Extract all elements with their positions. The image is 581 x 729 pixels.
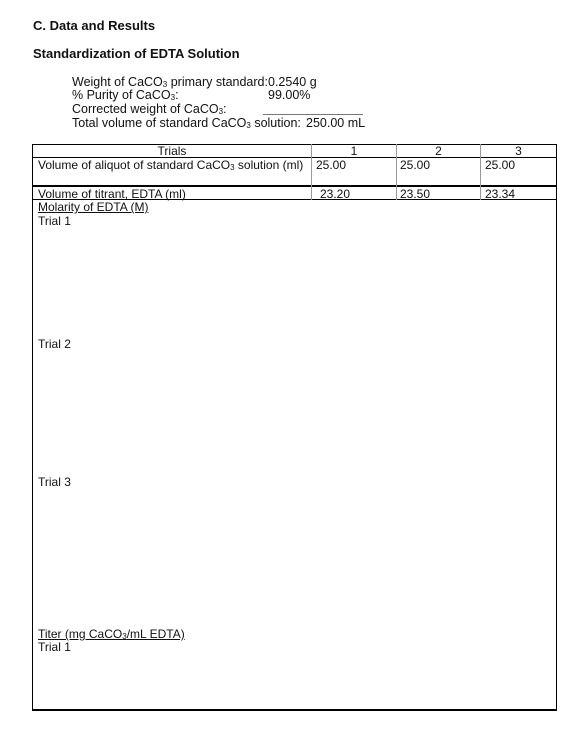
- trial-number-3: 3: [481, 144, 556, 158]
- aliquot-value-3[interactable]: 25.00: [485, 158, 515, 172]
- table-left-border: [32, 144, 33, 710]
- aliquot-value-1[interactable]: 25.00: [316, 158, 346, 172]
- titrant-label: Volume of titrant, EDTA (ml): [38, 187, 186, 201]
- titer-trial-1: Trial 1: [38, 640, 71, 654]
- purity-value: 99.00%: [268, 89, 310, 102]
- corrected-weight-label: Corrected weight of CaCO3:: [72, 103, 227, 116]
- corrected-weight-blank[interactable]: [263, 114, 363, 115]
- table-right-border: [556, 144, 557, 710]
- total-volume-value: 250.00 mL: [306, 117, 365, 130]
- table-bottom-border: [32, 709, 557, 711]
- total-volume-label: Total volume of standard CaCO3 solution:: [72, 117, 301, 130]
- section-title: C. Data and Results: [33, 18, 155, 33]
- molarity-heading: Molarity of EDTA (M): [38, 200, 148, 214]
- subsection-title: Standardization of EDTA Solution: [33, 46, 240, 61]
- titer-heading: Titer (mg CaCO3/mL EDTA): [38, 627, 185, 641]
- titrant-value-3[interactable]: 23.34: [485, 187, 515, 201]
- trials-header: Trials: [33, 144, 311, 158]
- titrant-value-1[interactable]: 23.20: [320, 187, 350, 201]
- titrant-value-2[interactable]: 23.50: [400, 187, 430, 201]
- aliquot-label: Volume of aliquot of standard CaCO3 solu…: [38, 158, 303, 172]
- purity-label: % Purity of CaCO3:: [72, 89, 179, 102]
- molarity-trial-3: Trial 3: [38, 475, 71, 489]
- molarity-trial-2: Trial 2: [38, 337, 71, 351]
- aliquot-value-2[interactable]: 25.00: [400, 158, 430, 172]
- trial-number-1: 1: [312, 144, 396, 158]
- molarity-trial-1: Trial 1: [38, 214, 71, 228]
- trial-number-2: 2: [397, 144, 480, 158]
